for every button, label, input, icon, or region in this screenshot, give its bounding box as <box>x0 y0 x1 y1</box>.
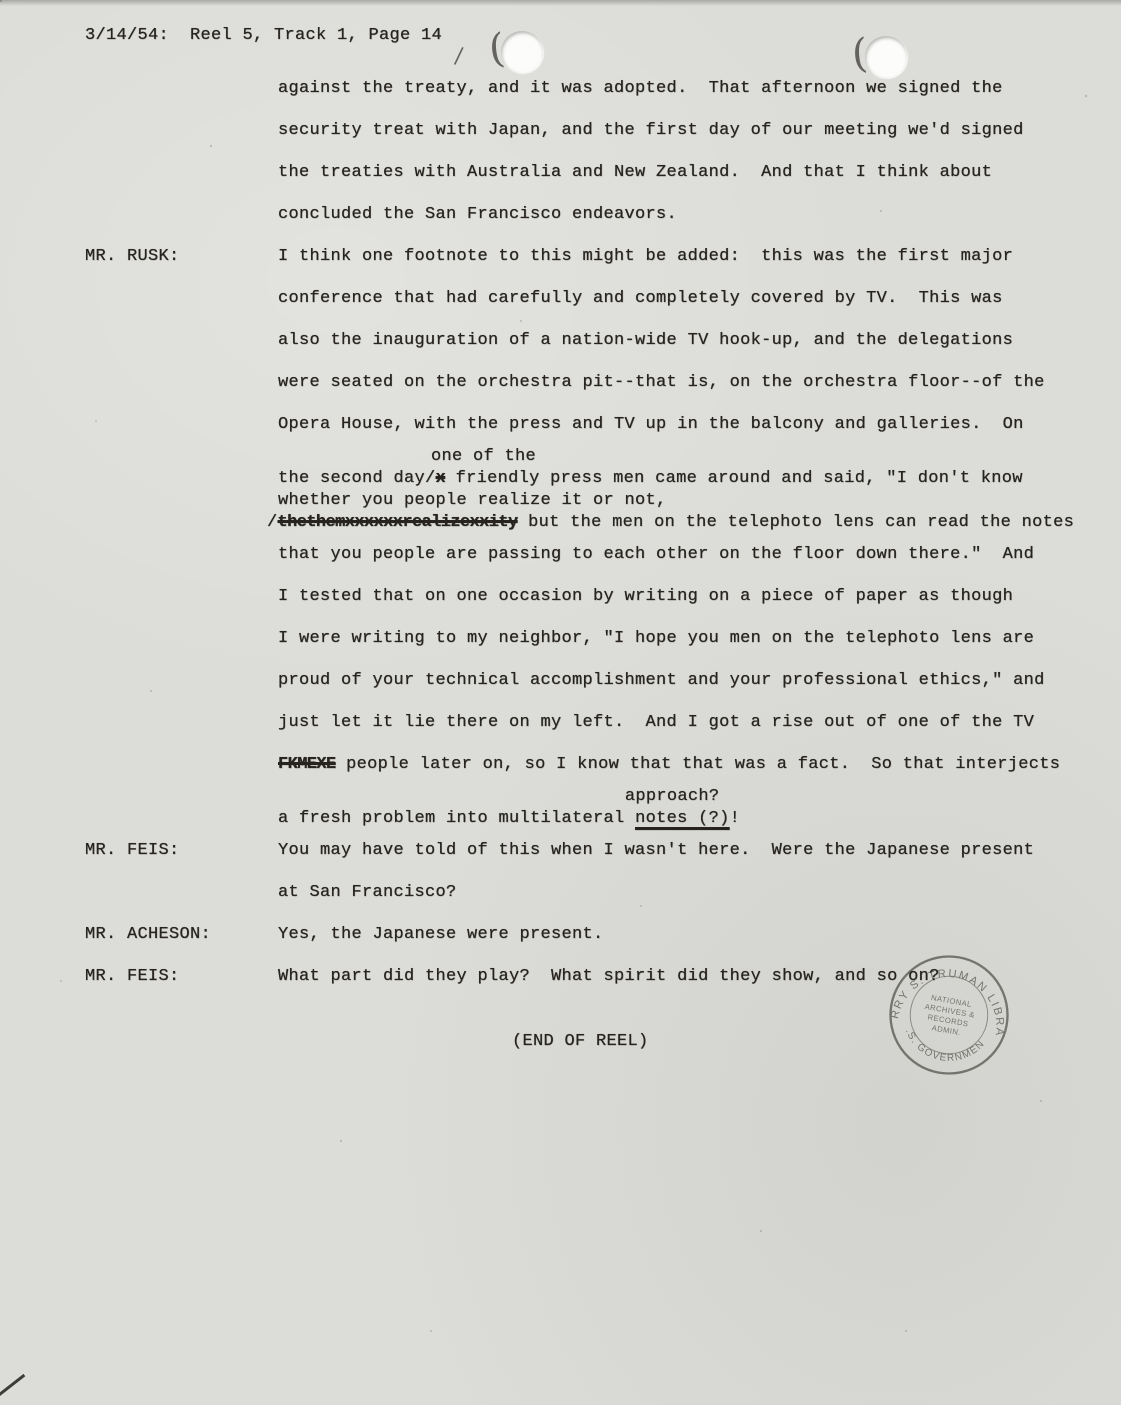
text-segment: proud of your technical accomplishment a… <box>278 671 1045 690</box>
text-segment: but the men on the telephoto lens can re… <box>518 513 1075 532</box>
transcript-paragraph: against the treaty, and it was adopted. … <box>85 68 1090 236</box>
text-segment: security treat with Japan, and the first… <box>278 121 1024 140</box>
transcript-paragraph: MR. FEIS:You may have told of this when … <box>85 830 1090 914</box>
struck-out-text: thethemxxxxxxrealizexxity <box>278 513 518 532</box>
text-segment: the second day/ <box>278 469 436 488</box>
text-segment: whether you people realize it or not, <box>278 491 667 510</box>
stamp-svg: HARRY S. TRUMAN LIBRARY U.S. GOVERNMENT … <box>876 942 1022 1088</box>
end-of-reel-note: (END OF REEL) <box>512 1032 649 1051</box>
transcript-line: /thethemxxxxxxrealizexxity but the men o… <box>267 512 1090 534</box>
transcript-line: just let it lie there on my left. And I … <box>278 702 1090 744</box>
text-segment: approach? <box>625 787 720 806</box>
text-segment: What part did they play? What spirit did… <box>278 967 940 986</box>
transcript-line: I tested that on one occasion by writing… <box>278 576 1090 618</box>
speaker-label: MR. ACHESON: <box>85 914 211 956</box>
transcript-line: also the inauguration of a nation-wide T… <box>278 320 1090 362</box>
text-segment: I were writing to my neighbor, "I hope y… <box>278 629 1034 648</box>
text-segment: at San Francisco? <box>278 883 457 902</box>
transcript-line: a fresh problem into multilateral notes … <box>278 808 1090 830</box>
scan-corner-artifact <box>0 1374 25 1397</box>
text-segment: friendly press men came around and said,… <box>445 469 1023 488</box>
page-header: 3/14/54: Reel 5, Track 1, Page 14 <box>85 26 442 45</box>
text-segment: conference that had carefully and comple… <box>278 289 1003 308</box>
text-segment: I tested that on one occasion by writing… <box>278 587 1013 606</box>
transcript-line: were seated on the orchestra pit--that i… <box>278 362 1090 404</box>
transcript-line: the second day/x friendly press men came… <box>278 468 1090 490</box>
truman-library-stamp: HARRY S. TRUMAN LIBRARY U.S. GOVERNMENT … <box>876 942 1022 1088</box>
text-segment: ! <box>730 809 741 828</box>
pen-mark: / <box>453 44 464 70</box>
transcript-line: security treat with Japan, and the first… <box>278 110 1090 152</box>
hole-punch <box>501 31 543 73</box>
text-segment: one of the <box>431 447 536 466</box>
transcript-line: conference that had carefully and comple… <box>278 278 1090 320</box>
transcript-line: concluded the San Francisco endeavors. <box>278 194 1090 236</box>
text-segment: just let it lie there on my left. And I … <box>278 713 1034 732</box>
speaker-label: MR. FEIS: <box>85 956 180 998</box>
text-segment: were seated on the orchestra pit--that i… <box>278 373 1045 392</box>
text-segment: Opera House, with the press and TV up in… <box>278 415 1024 434</box>
transcript-line: FKMEXE people later on, so I know that t… <box>278 744 1090 786</box>
text-segment: that you people are passing to each othe… <box>278 545 1034 564</box>
transcript: against the treaty, and it was adopted. … <box>85 68 1090 998</box>
transcript-paragraph: MR. RUSK:I think one footnote to this mi… <box>85 236 1090 830</box>
underlined-text: notes (?) <box>635 809 730 828</box>
text-segment: I think one footnote to this might be ad… <box>278 247 1013 266</box>
transcript-line: I think one footnote to this might be ad… <box>278 236 1090 278</box>
text-segment: concluded the San Francisco endeavors. <box>278 205 677 224</box>
text-segment: You may have told of this when I wasn't … <box>278 841 1034 860</box>
transcript-line: whether you people realize it or not, <box>278 490 1090 512</box>
transcript-line: the treaties with Australia and New Zeal… <box>278 152 1090 194</box>
transcript-line: that you people are passing to each othe… <box>278 534 1090 576</box>
text-segment: a fresh problem into multilateral <box>278 809 635 828</box>
text-segment: also the inauguration of a nation-wide T… <box>278 331 1013 350</box>
text-segment: people later on, so I know that that was… <box>336 755 1061 774</box>
text-segment: / <box>267 513 278 532</box>
speaker-label: MR. RUSK: <box>85 236 180 278</box>
struck-out-text: x <box>436 469 446 488</box>
inserted-correction-line: approach? <box>278 786 1090 808</box>
speaker-label: MR. FEIS: <box>85 830 180 872</box>
transcript-line: You may have told of this when I wasn't … <box>278 830 1090 872</box>
text-segment: against the treaty, and it was adopted. … <box>278 79 1003 98</box>
transcript-line: Opera House, with the press and TV up in… <box>278 404 1090 446</box>
inserted-correction-line: one of the <box>278 446 1090 468</box>
transcript-line: proud of your technical accomplishment a… <box>278 660 1090 702</box>
text-segment: Yes, the Japanese were present. <box>278 925 604 944</box>
text-segment: the treaties with Australia and New Zeal… <box>278 163 992 182</box>
paper-speckle-texture <box>0 0 2 2</box>
transcript-line: Yes, the Japanese were present. <box>278 914 1090 956</box>
transcript-line: at San Francisco? <box>278 872 1090 914</box>
document-page: 3/14/54: Reel 5, Track 1, Page 14 ( ( / … <box>0 0 1121 1405</box>
struck-out-text: FKMEXE <box>278 755 336 774</box>
transcript-line: I were writing to my neighbor, "I hope y… <box>278 618 1090 660</box>
transcript-line: against the treaty, and it was adopted. … <box>278 68 1090 110</box>
